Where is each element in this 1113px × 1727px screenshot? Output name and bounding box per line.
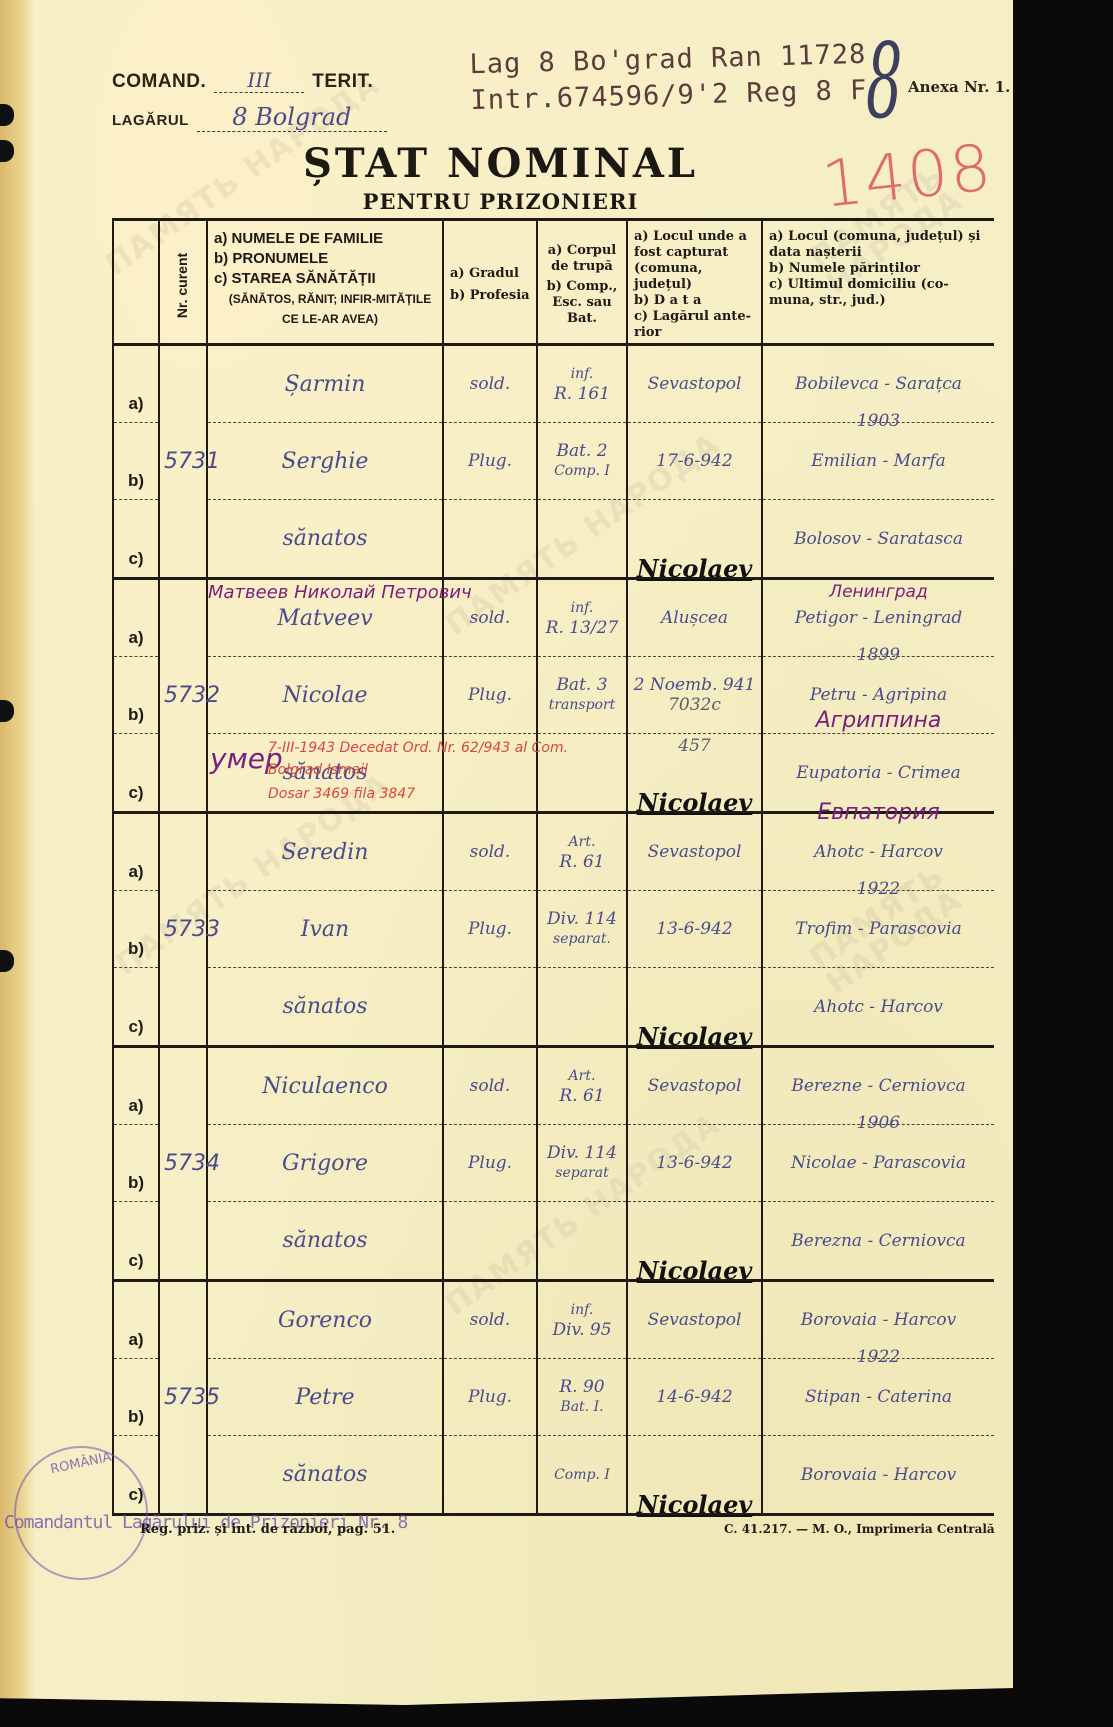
- header-letter-col: [114, 221, 160, 349]
- seal-text: ROMÂNIA: [49, 1450, 113, 1478]
- record-5733: a) b) c) 5733 Seredin Ivan sănatos sold.…: [114, 814, 994, 1048]
- capture-date-note: 7032c: [668, 695, 721, 715]
- row-letters: a) b) c): [114, 1048, 160, 1279]
- header-unit-b: b) Comp., Esc. sau Bat.: [544, 279, 620, 327]
- record-5735: a) b) c) 5735 Gorenco Petre sănatos sold…: [114, 1282, 994, 1516]
- header-origin: a) Locul (comuna, județul) și data naște…: [763, 221, 994, 349]
- lagarul-value: 8 Bolgrad: [197, 103, 387, 132]
- document-page: ПАМЯТЬ НАРОДА ПАМЯТЬ НАРОДА ПАМЯТЬ НАРОД…: [0, 0, 1013, 1705]
- grade-cell: sold. Plug.: [444, 1048, 538, 1279]
- header-unit-a: a) Corpul de trupă: [544, 243, 620, 275]
- name-cell: Seredin Ivan sănatos: [208, 814, 444, 1045]
- first-name: Ivan: [301, 917, 349, 942]
- header-capture: a) Locul unde a fost capturat (comuna, j…: [628, 221, 763, 349]
- unit-company: separat: [555, 1163, 608, 1183]
- birth-year: 1903: [763, 411, 994, 431]
- origin-cell: Bobilevca - Sarațca 1903Emilian - Marfa …: [763, 346, 994, 577]
- first-name: Nicolae: [282, 683, 367, 708]
- capture-date: 2 Noemb. 941: [634, 675, 756, 695]
- anexa-label: Anexa Nr. 1.: [908, 78, 1010, 96]
- health-status: sănatos: [282, 526, 367, 551]
- comand-label: COMAND.: [112, 71, 206, 93]
- unit-regiment: Div. 95: [552, 1320, 611, 1340]
- birthplace: Ahotc - Harcov: [814, 842, 943, 862]
- registration-stamp: Lag 8 Bo'grad Ran 11728 Intr.674596/9'2 …: [469, 37, 868, 119]
- birthplace: Berezne - Cerniovca: [791, 1076, 965, 1096]
- unit-company: transport: [549, 695, 616, 715]
- name-cell: MatveevМатвеев Николай Петрович Nicolae …: [208, 580, 444, 811]
- name-cell: Șarmin Serghie sănatos: [208, 346, 444, 577]
- capture-cell: Alușcea 2 Noemb. 9417032c 457Nicolaev: [628, 580, 763, 811]
- header-name: a) NUMELE DE FAMILIE b) PRONUMELE c) STA…: [208, 221, 444, 349]
- birth-year: 1922: [763, 1347, 994, 1367]
- unit-company: Comp. I: [554, 461, 610, 481]
- birthplace-cyrillic: Ленинград: [763, 582, 994, 602]
- nr-cell: 5733: [160, 814, 208, 1045]
- grade-cell: sold. Plug.: [444, 1282, 538, 1513]
- footer-register-ref: Reg. priz. și int. de război, pag. 51.: [140, 1522, 395, 1537]
- row-letter-a: a): [128, 1330, 143, 1350]
- header-capture-a: a) Locul unde a fost capturat (comuna, j…: [634, 229, 755, 293]
- capture-date: 13-6-942: [656, 1153, 732, 1173]
- unit-branch: inf.: [571, 364, 594, 384]
- parents-names: Trofim - Parascovia: [795, 919, 961, 939]
- row-letters: a) b) c): [114, 580, 160, 811]
- row-letter-a: a): [128, 394, 143, 414]
- row-letter-c: c): [128, 549, 143, 569]
- capture-place: Sevastopol: [648, 842, 742, 862]
- rank: sold.: [470, 1310, 511, 1330]
- profession: Plug.: [468, 1387, 512, 1407]
- last-domicile: Berezna - Cerniovca: [791, 1231, 965, 1251]
- nr-cell: 5734: [160, 1048, 208, 1279]
- unit-battalion: Div. 114: [547, 1143, 617, 1163]
- unit-cell: inf.Div. 95 R. 90Bat. I. Comp. I: [538, 1282, 628, 1513]
- nr-cell: 5732: [160, 580, 208, 811]
- capture-place: Sevastopol: [648, 1310, 742, 1330]
- previous-camp: Nicolaev: [628, 554, 761, 583]
- parents-names: Petru - Agripina: [810, 685, 947, 705]
- parents-names: Emilian - Marfa: [811, 451, 946, 471]
- first-name: Grigore: [282, 1151, 368, 1176]
- capture-place: Alușcea: [661, 608, 728, 628]
- last-domicile: Ahotc - Harcov: [814, 997, 943, 1017]
- unit-regiment: R. 13/27: [546, 618, 619, 638]
- origin-cell: Berezne - Cerniovca 1906Nicolae - Parasc…: [763, 1048, 994, 1279]
- record-5732: a) b) c) 5732 MatveevМатвеев Николай Пет…: [114, 580, 994, 814]
- unit-extra: Comp. I: [554, 1467, 610, 1483]
- health-status: sănatos: [282, 760, 367, 785]
- records-container: a) b) c) 5731 Șarmin Serghie sănatos sol…: [114, 346, 994, 1516]
- unit-company: separat.: [553, 929, 611, 949]
- row-letter-c: c): [128, 783, 143, 803]
- row-letter-a: a): [128, 628, 143, 648]
- grade-cell: sold. Plug.: [444, 814, 538, 1045]
- first-name: Petre: [295, 1385, 354, 1410]
- capture-place: Sevastopol: [648, 374, 742, 394]
- capture-date: 14-6-942: [656, 1387, 732, 1407]
- header-grade-a: a) Gradul: [450, 266, 530, 282]
- unit-branch: Art.: [569, 1066, 596, 1086]
- unit-company: Bat. I.: [560, 1397, 603, 1417]
- family-name: Matveev: [277, 606, 372, 631]
- grade-cell: sold. Plug.: [444, 346, 538, 577]
- birth-year: 1906: [763, 1113, 994, 1133]
- unit-cell: Art.R. 61 Div. 114separat: [538, 1048, 628, 1279]
- nr-cell: 5731: [160, 346, 208, 577]
- nr-cell: 5735: [160, 1282, 208, 1513]
- family-name: Niculaenco: [262, 1074, 388, 1099]
- header-origin-a: a) Locul (comuna, județul) și data naște…: [769, 229, 988, 261]
- unit-branch: inf.: [571, 1300, 594, 1320]
- unit-battalion: Bat. 2: [556, 441, 607, 461]
- record-5731: a) b) c) 5731 Șarmin Serghie sănatos sol…: [114, 346, 994, 580]
- record-5734: a) b) c) 5734 Niculaenco Grigore sănatos…: [114, 1048, 994, 1282]
- rank: sold.: [470, 608, 511, 628]
- birthplace: Bobilevca - Sarațca: [795, 374, 962, 394]
- rank: sold.: [470, 1076, 511, 1096]
- table-header: Nr. curent a) NUMELE DE FAMILIE b) PRONU…: [114, 221, 994, 346]
- unit-regiment: R. 161: [554, 384, 610, 404]
- origin-cell: Ahotc - Harcov 1922Trofim - Parascovia A…: [763, 814, 994, 1045]
- birthplace: Petigor - Leningrad: [795, 608, 963, 628]
- health-status: sănatos: [282, 1228, 367, 1253]
- footer-printer: C. 41.217. — M. O., Imprimeria Centrală: [724, 1522, 995, 1536]
- last-domicile: Borovaia - Harcov: [801, 1465, 956, 1485]
- header-name-c: c) STAREA SĂNĂTĂȚII: [214, 269, 436, 289]
- origin-cell: Borovaia - Harcov 1922Stipan - Caterina …: [763, 1282, 994, 1513]
- header-grade-b: b) Profesia: [450, 288, 530, 304]
- family-name: Șarmin: [285, 372, 366, 397]
- header-capture-b: b) D a t a: [634, 293, 755, 309]
- name-cyrillic: Матвеев Николай Петрович: [208, 582, 442, 603]
- unit-battalion: Div. 114: [547, 909, 617, 929]
- record-number: 5734: [160, 1048, 206, 1279]
- origin-cell: ЛенинградPetigor - Leningrad 1899Petru -…: [763, 580, 994, 811]
- header-nr-curent: Nr. curent: [160, 221, 208, 349]
- record-number: 5731: [160, 346, 206, 577]
- profession: Plug.: [468, 451, 512, 471]
- first-name: Serghie: [282, 449, 369, 474]
- header-name-note: (SĂNĂTOS, RĂNIT; INFIR-MITĂȚILE CE LE-AR…: [214, 289, 436, 329]
- name-cell: Gorenco Petre sănatos: [208, 1282, 444, 1513]
- row-letter-c: c): [128, 1017, 143, 1037]
- grade-cell: sold. Plug.: [444, 580, 538, 811]
- profession: Plug.: [468, 685, 512, 705]
- unit-battalion: Bat. 3: [556, 675, 607, 695]
- unit-cell: inf.R. 161 Bat. 2Comp. I: [538, 346, 628, 577]
- previous-camp: Nicolaev: [628, 788, 761, 817]
- last-domicile: Eupatoria - Crimea: [796, 763, 961, 783]
- capture-cell: Sevastopol 13-6-942 Nicolaev: [628, 1048, 763, 1279]
- profession: Plug.: [468, 1153, 512, 1173]
- parents-cyrillic: Агриппина: [763, 708, 994, 733]
- capture-cell: Sevastopol 17-6-942 Nicolaev: [628, 346, 763, 577]
- unit-cell: Art.R. 61 Div. 114separat.: [538, 814, 628, 1045]
- row-letter-a: a): [128, 862, 143, 882]
- document-title: ȘTAT NOMINAL PENTRU PRIZONIERI: [0, 140, 1013, 214]
- prisoner-table: Nr. curent a) NUMELE DE FAMILIE b) PRONU…: [112, 218, 994, 1516]
- health-status: sănatos: [282, 994, 367, 1019]
- family-name: Gorenco: [278, 1308, 372, 1333]
- capture-date: 13-6-942: [656, 919, 732, 939]
- handwritten-number: 8: [866, 20, 902, 142]
- subtitle: PENTRU PRIZONIERI: [0, 189, 1013, 214]
- row-letters: a) b) c): [114, 814, 160, 1045]
- capture-date: 17-6-942: [656, 451, 732, 471]
- header-origin-b: b) Numele părinților: [769, 261, 988, 277]
- previous-camp: Nicolaev: [628, 1022, 761, 1051]
- header-unit: a) Corpul de trupă b) Comp., Esc. sau Ba…: [538, 221, 628, 349]
- previous-camp: Nicolaev: [628, 1490, 761, 1519]
- row-letter-b: b): [128, 939, 144, 959]
- last-domicile: Bolosov - Saratasca: [794, 529, 963, 549]
- family-name: Seredin: [282, 840, 369, 865]
- capture-place: Sevastopol: [648, 1076, 742, 1096]
- rank: sold.: [470, 842, 511, 862]
- row-letter-b: b): [128, 1407, 144, 1427]
- header-capture-c: c) Lagărul ante-rior: [634, 309, 755, 341]
- previous-camp-note: 457: [628, 736, 761, 756]
- unit-cell: inf.R. 13/27 Bat. 3transport: [538, 580, 628, 811]
- record-number: 5733: [160, 814, 206, 1045]
- comand-value: III: [214, 68, 304, 93]
- unit-branch: inf.: [571, 598, 594, 618]
- unit-branch: Art.: [569, 832, 596, 852]
- terit-label: TERIT.: [312, 71, 373, 93]
- profession: Plug.: [468, 919, 512, 939]
- row-letter-b: b): [128, 471, 144, 491]
- birthplace: Borovaia - Harcov: [801, 1310, 956, 1330]
- nr-curent-label: Nr. curent: [175, 252, 192, 317]
- header-name-a: a) NUMELE DE FAMILIE: [214, 229, 436, 249]
- capture-cell: Sevastopol 13-6-942 Nicolaev: [628, 814, 763, 1045]
- row-letter-c: c): [128, 1251, 143, 1271]
- record-number: 5735: [160, 1282, 206, 1513]
- health-status: sănatos: [282, 1462, 367, 1487]
- header-name-b: b) PRONUMELE: [214, 249, 436, 269]
- header-origin-c: c) Ultimul domiciliu (co-muna, str., jud…: [769, 277, 988, 309]
- row-letter-a: a): [128, 1096, 143, 1116]
- lagarul-label: LAGĂRUL: [112, 112, 189, 129]
- birth-year: 1922: [763, 879, 994, 899]
- record-number: 5732: [160, 580, 206, 811]
- name-cell: Niculaenco Grigore sănatos: [208, 1048, 444, 1279]
- row-letter-b: b): [128, 1173, 144, 1193]
- rank: sold.: [470, 374, 511, 394]
- parents-names: Nicolae - Parascovia: [791, 1153, 966, 1173]
- capture-cell: Sevastopol 14-6-942 Nicolaev: [628, 1282, 763, 1513]
- row-letters: a) b) c): [114, 346, 160, 577]
- row-letter-b: b): [128, 705, 144, 725]
- unit-regiment: R. 61: [559, 1086, 604, 1106]
- parents-names: Stipan - Caterina: [805, 1387, 952, 1407]
- header-left: COMAND. III TERIT. LAGĂRUL 8 Bolgrad: [112, 68, 387, 142]
- header-grade: a) Gradul b) Profesia: [444, 221, 538, 349]
- previous-camp: Nicolaev: [628, 1256, 761, 1285]
- unit-battalion: R. 90: [559, 1377, 604, 1397]
- birth-year: 1899: [763, 645, 994, 665]
- title: ȘTAT NOMINAL: [0, 140, 1013, 187]
- unit-regiment: R. 61: [559, 852, 604, 872]
- paper-edge: [0, 0, 36, 1705]
